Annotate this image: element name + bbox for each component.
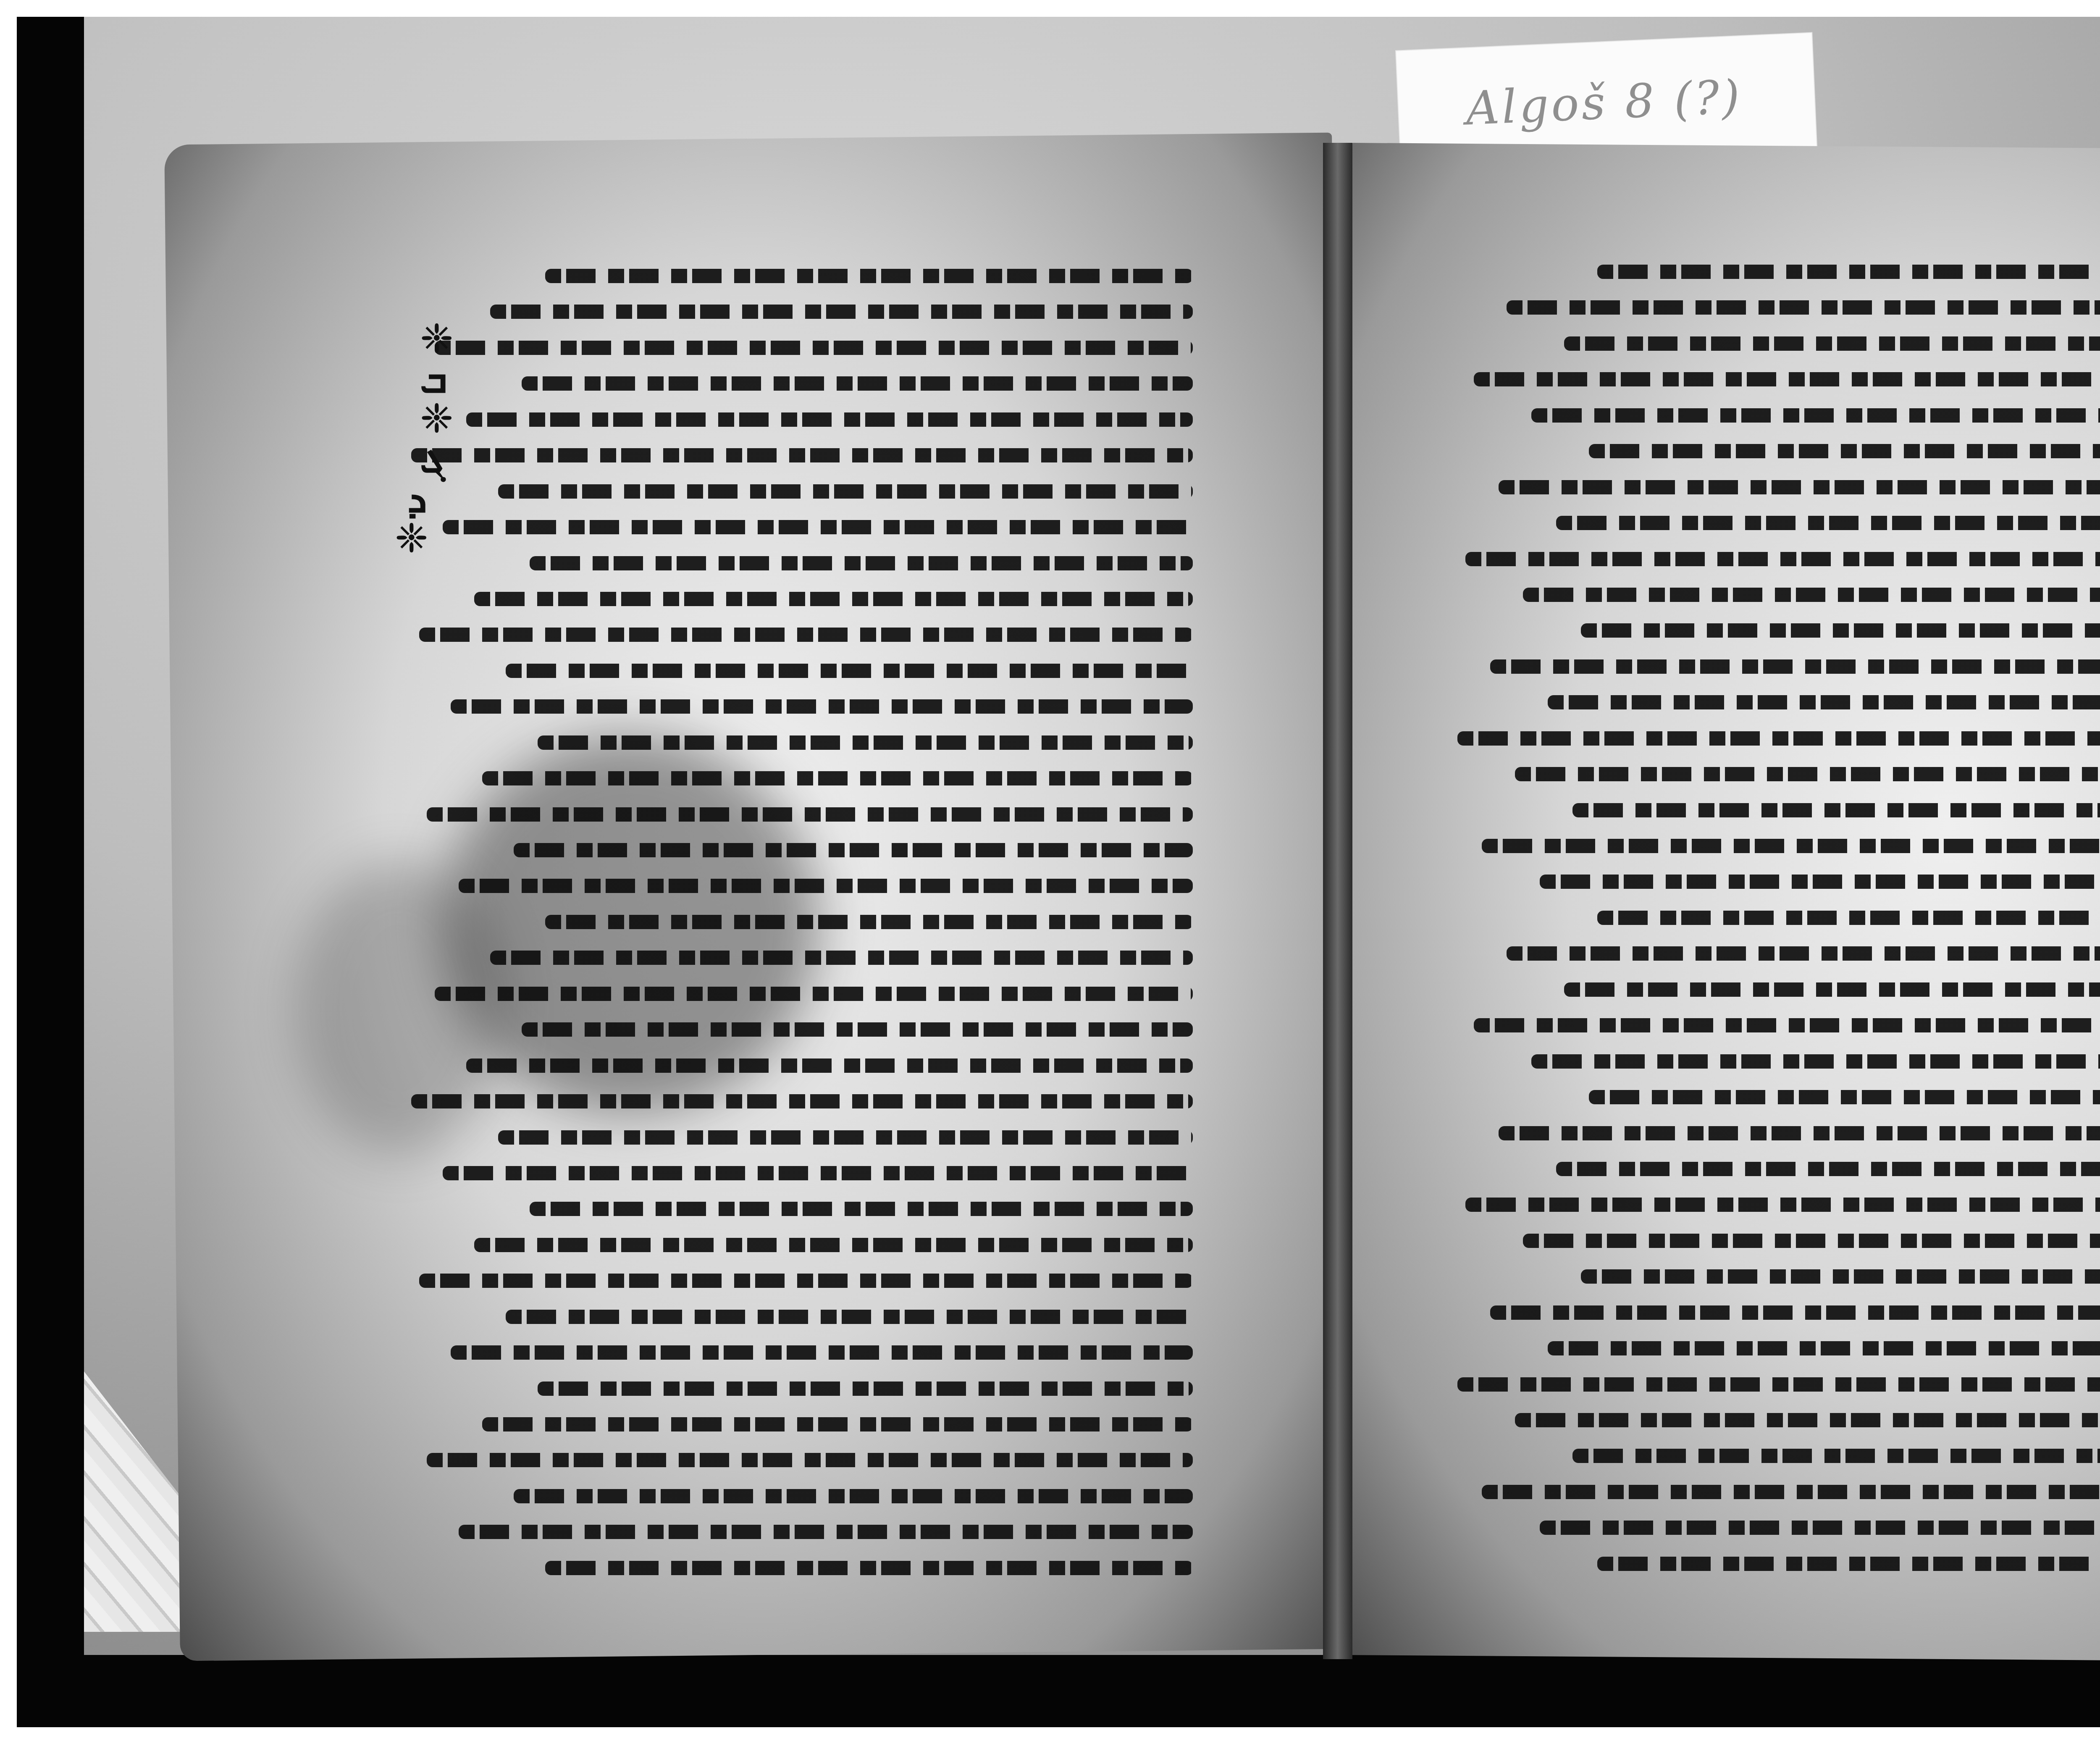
manuscript-text-line (545, 915, 1193, 929)
manuscript-text-line (1482, 1485, 2100, 1499)
margin-mark: ❈ (420, 399, 454, 439)
manuscript-text-line (1581, 1269, 2100, 1284)
manuscript-text-line (451, 1345, 1193, 1360)
left-page-text-block (403, 269, 1193, 1575)
manuscript-text-line (538, 735, 1193, 750)
manuscript-text-line (1507, 300, 2100, 315)
manuscript-text-line (1465, 1198, 2100, 1212)
manuscript-text-line (498, 484, 1193, 499)
manuscript-text-line (435, 987, 1193, 1001)
manuscript-text-line (1515, 1413, 2100, 1427)
manuscript-text-line (1564, 336, 2100, 351)
manuscript-text-line (419, 1274, 1193, 1288)
manuscript-text-line (1499, 1126, 2100, 1140)
manuscript-text-line (545, 269, 1193, 283)
manuscript-text-line (459, 1525, 1193, 1539)
manuscript-text-line (443, 1166, 1193, 1180)
manuscript-text-line (411, 448, 1193, 462)
manuscript-text-line (1597, 265, 2100, 279)
manuscript-text-line (1474, 1018, 2100, 1032)
manuscript-text-line (1499, 480, 2100, 494)
manuscript-text-line (419, 628, 1193, 642)
manuscript-text-line (466, 412, 1193, 427)
manuscript-text-line (530, 1202, 1193, 1216)
manuscript-text-line (1597, 911, 2100, 925)
manuscript-text-line (1515, 767, 2100, 781)
manuscript-text-line (1540, 875, 2100, 889)
manuscript-text-line (466, 1058, 1193, 1073)
manuscript-text-line (1581, 623, 2100, 638)
manuscript-text-line (522, 376, 1193, 391)
manuscript-text-line (1490, 1305, 2100, 1320)
manuscript-text-line (1572, 1449, 2100, 1463)
manuscript-text-line (1465, 552, 2100, 566)
manuscript-text-line (514, 1489, 1193, 1503)
manuscript-text-line (474, 1238, 1193, 1252)
manuscript-text-line (1457, 731, 2100, 746)
manuscript-text-line (514, 843, 1193, 857)
manuscript-text-line (1589, 444, 2100, 458)
manuscript-text-line (538, 1382, 1193, 1396)
manuscript-text-line (1531, 1054, 2100, 1069)
manuscript-text-line (1457, 1377, 2100, 1392)
manuscript-text-line (451, 699, 1193, 714)
manuscript-text-line (1564, 982, 2100, 997)
manuscript-text-line (411, 1094, 1193, 1108)
manuscript-text-line (474, 592, 1193, 606)
manuscript-text-line (498, 1130, 1193, 1145)
manuscript-text-line (1589, 1090, 2100, 1104)
manuscript-text-line (522, 1022, 1193, 1037)
margin-mark: ❈ (420, 319, 454, 359)
manuscript-text-line (459, 879, 1193, 893)
manuscript-text-line (1556, 516, 2100, 530)
manuscript-text-line (1531, 408, 2100, 423)
book-gutter (1323, 143, 1352, 1659)
manuscript-text-line (1523, 1234, 2100, 1248)
manuscript-text-line (545, 1561, 1193, 1575)
margin-mark: ❈ (395, 519, 428, 559)
manuscript-text-line (482, 771, 1193, 785)
manuscript-text-line (482, 1417, 1193, 1431)
manuscript-text-line (1507, 946, 2100, 961)
margin-mark: ܒ (420, 359, 447, 399)
right-page-text-block (1449, 265, 2100, 1571)
manuscript-text-line (530, 556, 1193, 570)
manuscript-text-line (443, 520, 1193, 534)
catalog-label-text: Algoš 8 (?) (1465, 70, 1743, 136)
manuscript-text-line (1540, 1521, 2100, 1535)
margin-mark: ܕ (407, 479, 427, 519)
manuscript-text-line (506, 664, 1193, 678)
manuscript-text-line (506, 1310, 1193, 1324)
manuscript-text-line (1556, 1162, 2100, 1176)
manuscript-text-line (1572, 803, 2100, 817)
manuscript-text-line (1597, 1557, 2100, 1571)
margin-mark: ܓ (420, 439, 446, 479)
manuscript-text-line (427, 807, 1193, 822)
manuscript-text-line (435, 341, 1193, 355)
manuscript-text-line (1548, 1341, 2100, 1355)
manuscript-text-line (490, 305, 1193, 319)
manuscript-text-line (1548, 695, 2100, 709)
manuscript-text-line (1474, 372, 2100, 386)
manuscript-text-line (1482, 839, 2100, 853)
manuscript-text-line (1490, 659, 2100, 674)
manuscript-text-line (490, 951, 1193, 965)
manuscript-text-line (1523, 588, 2100, 602)
manuscript-text-line (427, 1453, 1193, 1467)
